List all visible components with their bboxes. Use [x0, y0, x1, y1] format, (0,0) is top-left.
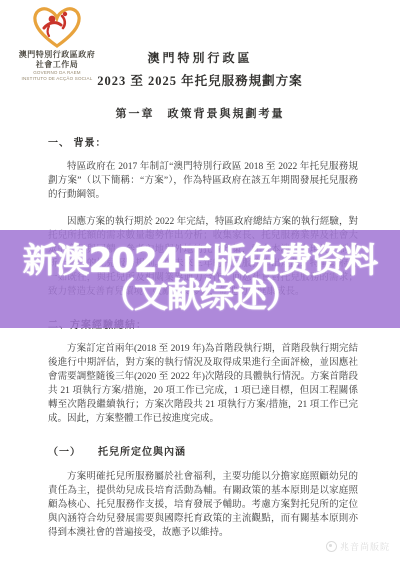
- title-line2: 2023 至 2025 年托兒服務規劃方案: [60, 71, 340, 89]
- watermark: 兆音尚版院: [326, 540, 390, 553]
- title-line1: 澳門特別行政區: [60, 49, 340, 66]
- document-page: 澳門特別行政區政府 社會工作局 GOVERNO DA RAEM INSTITUT…: [0, 0, 400, 561]
- section-1-heading: 一、 背景：: [48, 137, 358, 151]
- paragraph: 方案明確托兒所服務屬於社會福利，主要功能以分擔家庭照顧幼兒的責任為主，提供幼兒成…: [48, 470, 358, 540]
- watermark-text: 兆音尚版院: [340, 540, 390, 553]
- promo-overlay-line1: 新澳2024正版免费资料: [23, 244, 378, 279]
- paragraph: 特區政府在 2017 年制訂“澳門特別行政區 2018 至 2022 年托兒服務…: [48, 160, 358, 202]
- promo-overlay-line2: （文献综述）: [101, 279, 299, 314]
- watermark-logo-icon: [326, 541, 337, 552]
- paragraph: 方案訂定首兩年(2018 至 2019 年)為首階段執行期，首階段執行期完結後進…: [48, 342, 358, 426]
- promo-overlay-band: 新澳2024正版免费资料 （文献综述）: [0, 230, 400, 328]
- document-title: 澳門特別行政區 2023 至 2025 年托兒服務規劃方案: [60, 49, 340, 89]
- subsection-1-heading: （一） 托兒所定位與內涵: [48, 446, 358, 460]
- document-body: 一、 背景： 特區政府在 2017 年制訂“澳門特別行政區 2018 至 202…: [48, 137, 358, 553]
- heart-logo-icon: [32, 6, 82, 48]
- chapter-heading: 第一章 政策背景與規劃考量: [0, 105, 400, 121]
